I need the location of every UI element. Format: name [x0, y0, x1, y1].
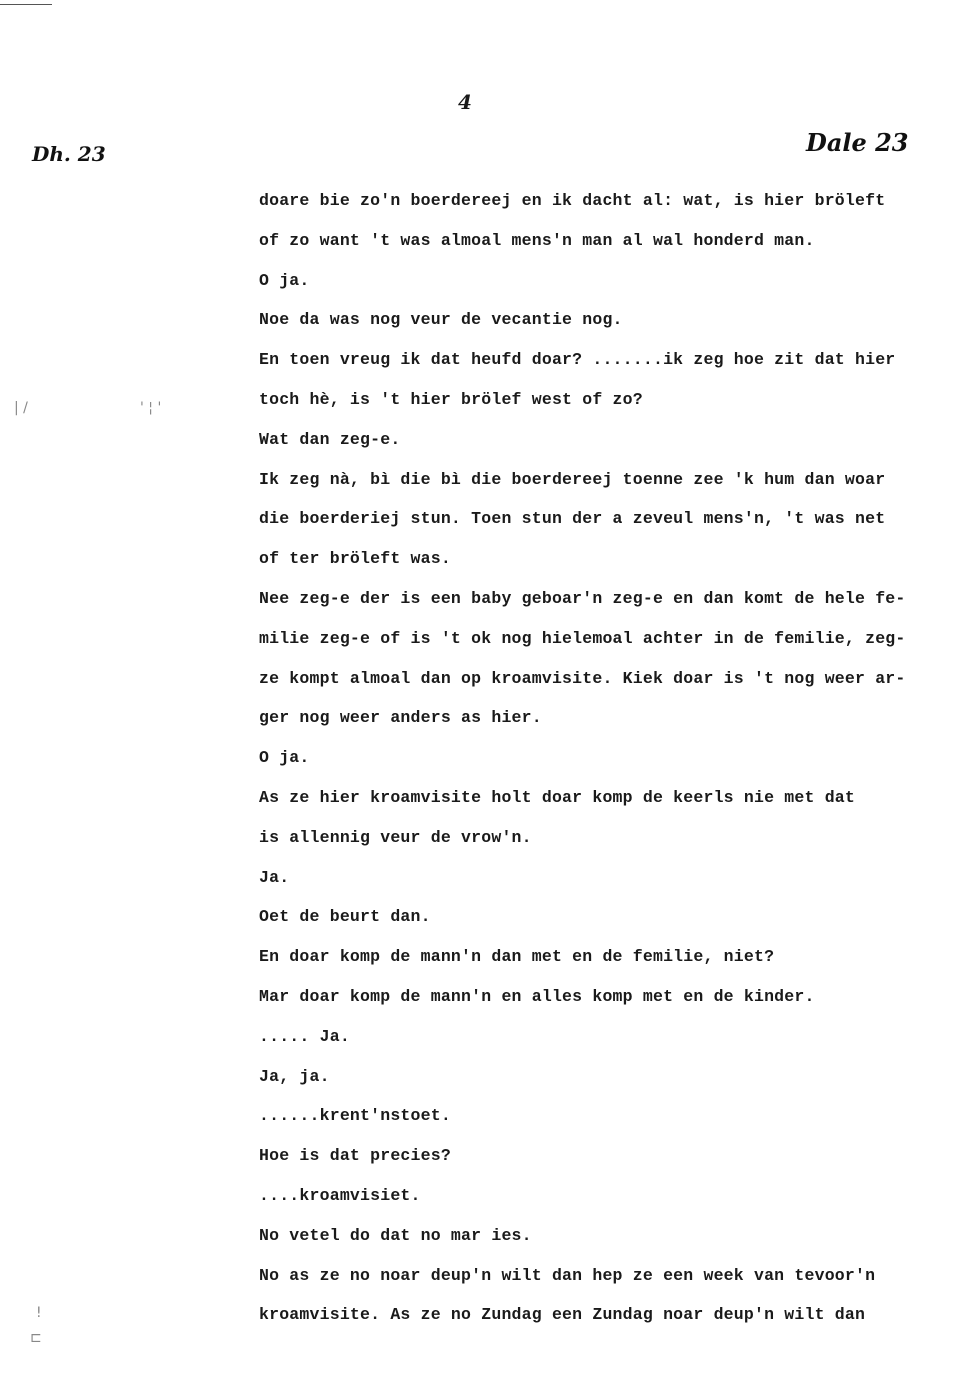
transcript-line: En doar komp de mann'n dan met en de fem…	[259, 944, 939, 984]
transcript-line: No vetel do dat no mar ies.	[259, 1223, 939, 1263]
transcript-line: Noe da was nog veur de vecantie nog.	[259, 307, 939, 347]
transcript-line: milie zeg-e of is 't ok nog hielemoal ac…	[259, 626, 939, 666]
transcript-line: toch hè, is 't hier brölef west of zo?	[259, 387, 939, 427]
page-number: 4	[458, 90, 472, 114]
margin-scan-mark: ' ¦ '	[140, 400, 161, 416]
transcript-line: die boerderiej stun. Toen stun der a zev…	[259, 506, 939, 546]
transcript-line: Oet de beurt dan.	[259, 904, 939, 944]
transcript-line: of zo want 't was almoal mens'n man al w…	[259, 228, 939, 268]
transcript-line: doare bie zo'n boerdereej en ik dacht al…	[259, 188, 939, 228]
margin-scan-mark: !	[36, 1305, 42, 1321]
scan-artifact-line	[0, 4, 52, 5]
transcript-line: of ter bröleft was.	[259, 546, 939, 586]
transcript-line: O ja.	[259, 745, 939, 785]
transcript-line: Hoe is dat precies?	[259, 1143, 939, 1183]
transcript-line: Nee zeg-e der is een baby geboar'n zeg-e…	[259, 586, 939, 626]
handwritten-annotation-left: Dh. 23	[32, 142, 106, 166]
transcript-line: Mar doar komp de mann'n en alles komp me…	[259, 984, 939, 1024]
transcript-line: is allennig veur de vrow'n.	[259, 825, 939, 865]
transcript-line: Ja.	[259, 865, 939, 905]
handwritten-annotation-right: Dale 23	[806, 128, 909, 157]
transcript-line: En toen vreug ik dat heufd doar? .......…	[259, 347, 939, 387]
transcript-line: Wat dan zeg-e.	[259, 427, 939, 467]
transcript-line: ze kompt almoal dan op kroamvisite. Kiek…	[259, 666, 939, 706]
transcript-line: No as ze no noar deup'n wilt dan hep ze …	[259, 1263, 939, 1303]
typed-transcript: doare bie zo'n boerdereej en ik dacht al…	[259, 188, 939, 1342]
transcript-line: Ik zeg nà, bì die bì die boerdereej toen…	[259, 467, 939, 507]
margin-scan-mark: | /	[14, 400, 28, 416]
transcript-line: O ja.	[259, 268, 939, 308]
transcript-line: Ja, ja.	[259, 1064, 939, 1104]
transcript-line: kroamvisite. As ze no Zundag een Zundag …	[259, 1302, 939, 1342]
transcript-line: As ze hier kroamvisite holt doar komp de…	[259, 785, 939, 825]
transcript-line: ger nog weer anders as hier.	[259, 705, 939, 745]
transcript-line: ....kroamvisiet.	[259, 1183, 939, 1223]
transcript-line: ..... Ja.	[259, 1024, 939, 1064]
transcript-line: ......krent'nstoet.	[259, 1103, 939, 1143]
margin-scan-mark: ⊏	[30, 1330, 42, 1346]
